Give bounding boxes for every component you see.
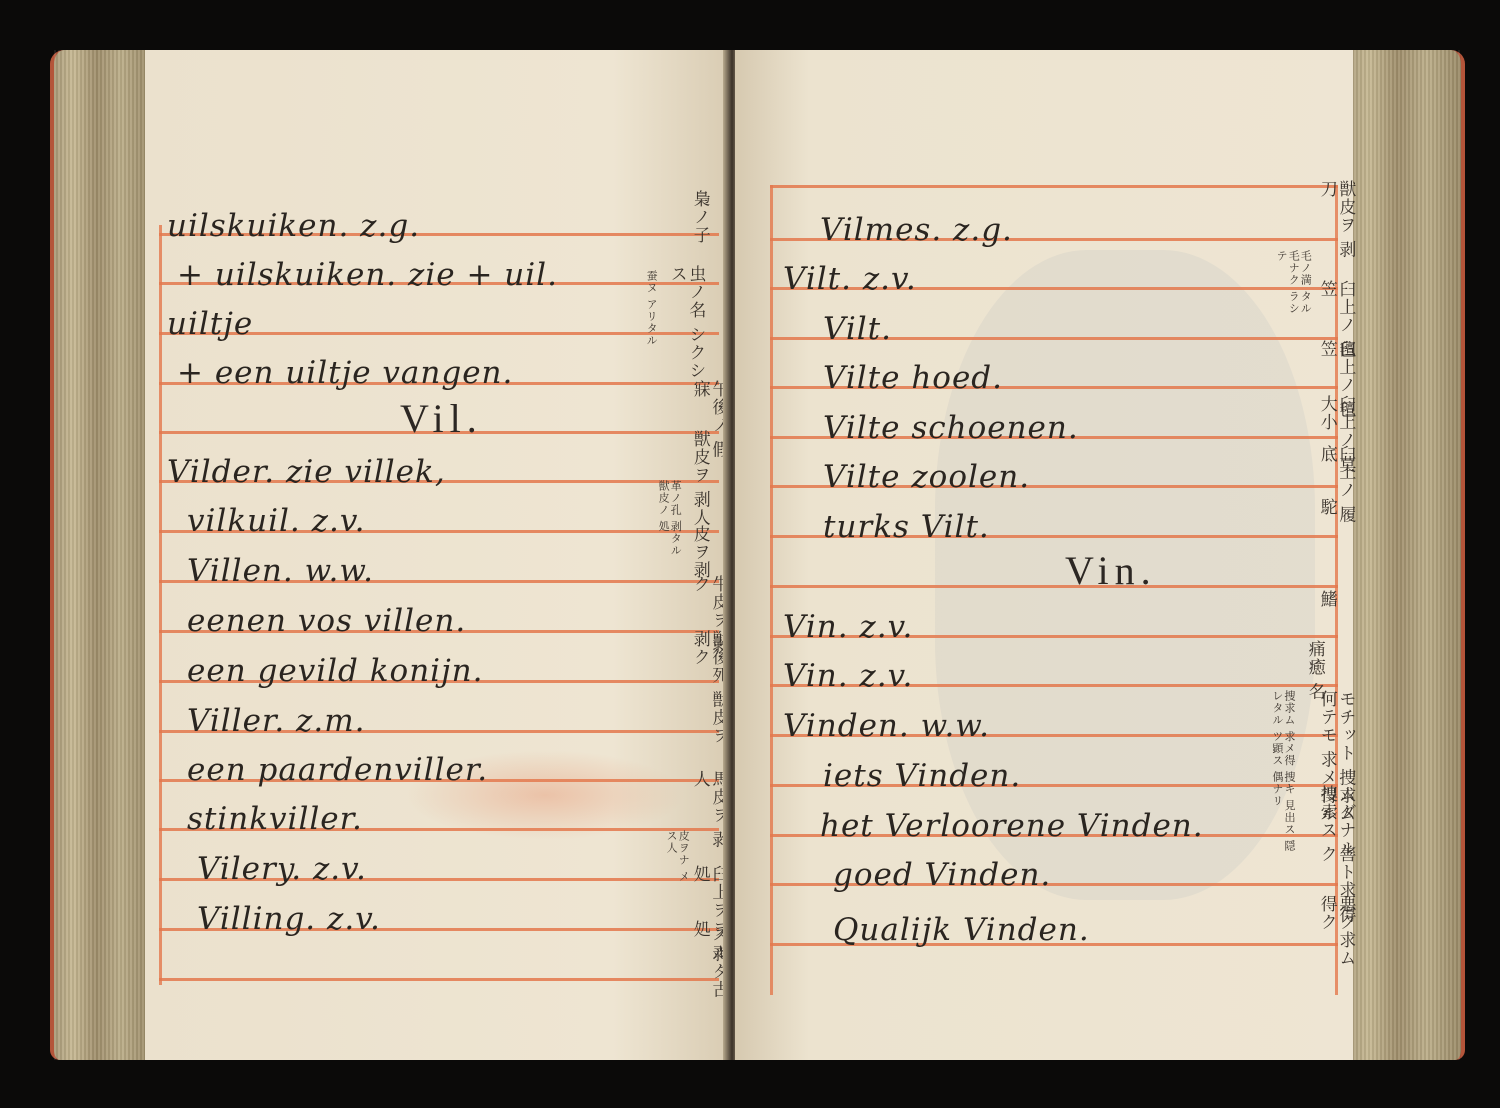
japanese-gloss: 毛ノ満 タル 毛ナク ラシテ: [1275, 250, 1311, 320]
open-book: uilskuiken. z.g. + uilskuiken. zie + uil…: [40, 50, 1465, 1060]
japanese-gloss: 獣皮ヲ 剥人: [690, 430, 709, 540]
entry: vilkuil. z.v.: [187, 503, 366, 539]
entry: eenen vos villen.: [187, 603, 466, 639]
japanese-gloss: 駝: [1317, 498, 1336, 528]
right-page-block-edge: [1346, 50, 1465, 1060]
entry: Vilt. z.v.: [783, 261, 917, 297]
entry: Vilte zoolen.: [823, 459, 1030, 495]
japanese-gloss: 皮ヲナ メス人: [665, 830, 689, 890]
japanese-gloss: 捜求ム 求メ得 捜キ 見出ス 隠レタル ツ顕ス 偶ナリ: [1145, 690, 1295, 860]
entry: turks Vilt.: [823, 509, 990, 545]
japanese-gloss: 悪ク求ム 得ク: [1317, 895, 1354, 985]
japanese-gloss: 獣皮ヲ 剥刀: [1317, 180, 1354, 270]
entry: goed Vinden.: [833, 857, 1051, 893]
entry: een paardenviller.: [187, 752, 488, 788]
entry: Vilmes. z.g.: [820, 212, 1013, 248]
entry: Vilte schoenen.: [823, 410, 1079, 446]
japanese-gloss: 革ノ孔 剥タル 獣皮ノ 処: [657, 480, 681, 560]
entry: uiltje: [167, 306, 253, 342]
right-page: Vilmes. z.g. Vilt. z.v. Vilt. Vilte hoed…: [735, 50, 1353, 1060]
entry: Villen. w.w.: [187, 553, 374, 589]
entry: Vin. z.v.: [783, 658, 913, 694]
entry: Vilt.: [823, 311, 892, 347]
japanese-gloss: 獣後死 獣皮ヲ 剥ク: [690, 630, 727, 760]
japanese-gloss: 鰭: [1317, 590, 1336, 620]
entry: Qualijk Vinden.: [833, 912, 1090, 948]
entry: een gevild konijn.: [187, 653, 484, 689]
entry: Viller. z.m.: [187, 703, 366, 739]
entry: Vilery. z.v.: [197, 851, 367, 887]
entry: Vin. z.v.: [783, 609, 913, 645]
japanese-gloss: 馬皮ヲ 剥人: [690, 770, 727, 860]
left-page: uilskuiken. z.g. + uilskuiken. zie + uil…: [145, 50, 730, 1060]
section-heading: Vil.: [400, 395, 483, 442]
japanese-gloss: 蚕ヌ アリタル: [645, 270, 657, 360]
entry: iets Vinden.: [823, 758, 1021, 794]
entry: Vilder. zie villek,: [167, 454, 446, 490]
entry: Vinden. w.w.: [783, 708, 990, 744]
japanese-gloss: 虫ノ名 シクシス: [667, 265, 704, 385]
entry: uilskuiken. z.g.: [167, 208, 420, 244]
entry: + uilskuiken. zie + uil.: [177, 257, 558, 293]
entry: + een uiltje vangen.: [177, 355, 513, 391]
right-page-rules: [770, 50, 1338, 1060]
entry: Vilte hoed.: [823, 360, 1003, 396]
entry: Villing. z.v.: [197, 901, 381, 937]
section-heading: Vin.: [1065, 547, 1157, 594]
left-page-block-edge: [50, 50, 149, 1060]
entry: stinkviller.: [187, 801, 363, 837]
